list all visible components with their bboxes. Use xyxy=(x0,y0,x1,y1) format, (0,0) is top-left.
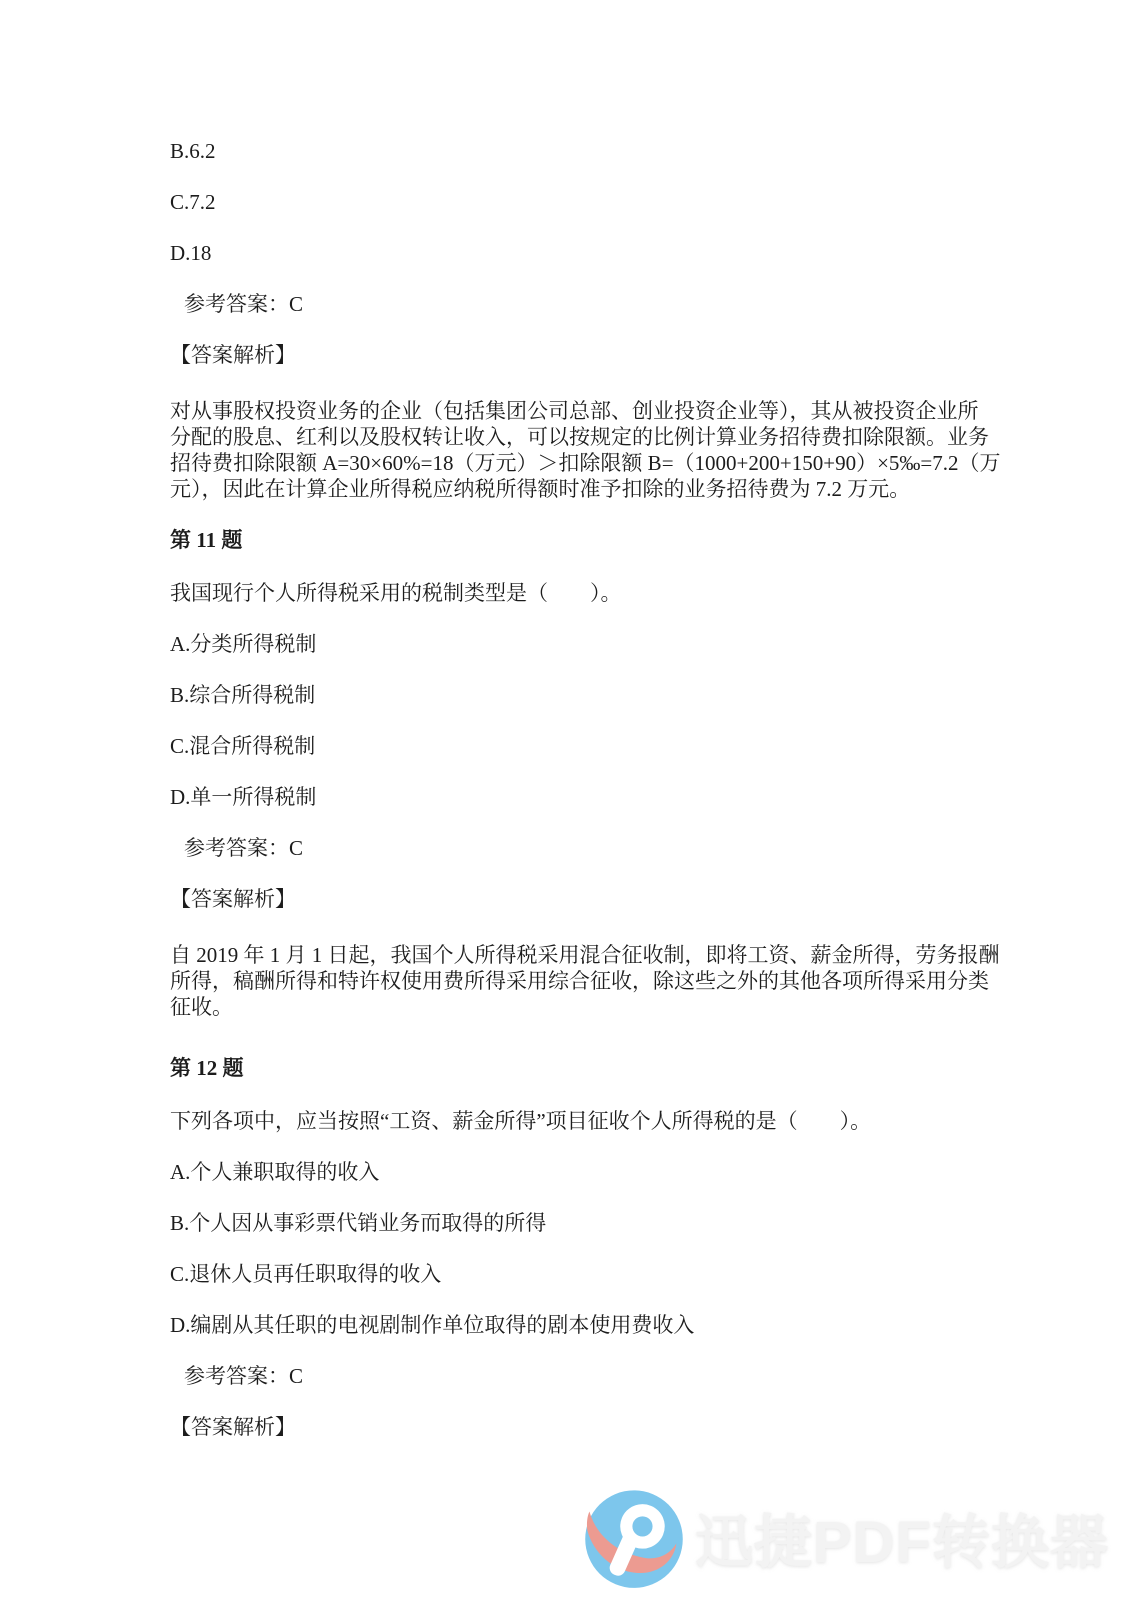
analysis-heading: 【答案解析】 xyxy=(170,886,965,912)
reference-answer: 参考答案：C xyxy=(170,291,965,317)
analysis-line: 自 2019 年 1 月 1 日起，我国个人所得税采用混合征收制，即将工资、薪金… xyxy=(170,942,965,968)
analysis-paragraph: 对从事股权投资业务的企业（包括集团公司总部、创业投资企业等），其从被投资企业所 … xyxy=(170,398,965,502)
analysis-heading: 【答案解析】 xyxy=(170,1414,965,1440)
analysis-line: 所得，稿酬所得和特许权使用费所得采用综合征收，除这些之外的其他各项所得采用分类 xyxy=(170,968,965,994)
option-item: C.退休人员再任职取得的收入 xyxy=(170,1261,965,1287)
analysis-line: 分配的股息、红利以及股权转让收入，可以按规定的比例计算业务招待费扣除限额。业务 xyxy=(170,424,965,450)
question-heading: 第 11 题 xyxy=(170,527,965,553)
option-item: B.综合所得税制 xyxy=(170,682,965,708)
reference-answer: 参考答案：C xyxy=(170,1363,965,1389)
analysis-line: 招待费扣除限额 A=30×60%=18（万元）＞扣除限额 B=（1000+200… xyxy=(170,450,965,476)
option-item: D.编剧从其任职的电视剧制作单位取得的剧本使用费收入 xyxy=(170,1312,965,1338)
reference-answer: 参考答案：C xyxy=(170,835,965,861)
analysis-line: 对从事股权投资业务的企业（包括集团公司总部、创业投资企业等），其从被投资企业所 xyxy=(170,398,965,424)
pdf-converter-logo-icon xyxy=(581,1484,687,1590)
analysis-line: 元），因此在计算企业所得税应纳税所得额时准予扣除的业务招待费为 7.2 万元。 xyxy=(170,476,965,502)
document-content: B.6.2 C.7.2 D.18 参考答案：C 【答案解析】 对从事股权投资业务… xyxy=(170,0,965,1470)
question-heading: 第 12 题 xyxy=(170,1055,965,1081)
analysis-line: 征收。 xyxy=(170,994,965,1020)
question-stem: 我国现行个人所得税采用的税制类型是（ ）。 xyxy=(170,580,965,606)
analysis-heading: 【答案解析】 xyxy=(170,342,965,368)
option-item: B.6.2 xyxy=(170,138,965,164)
option-item: C.7.2 xyxy=(170,189,965,215)
question-stem: 下列各项中，应当按照“工资、薪金所得”项目征收个人所得税的是（ ）。 xyxy=(170,1108,965,1134)
document-page: B.6.2 C.7.2 D.18 参考答案：C 【答案解析】 对从事股权投资业务… xyxy=(0,0,1131,1600)
analysis-paragraph: 自 2019 年 1 月 1 日起，我国个人所得税采用混合征收制，即将工资、薪金… xyxy=(170,942,965,1020)
option-item: D.单一所得税制 xyxy=(170,784,965,810)
watermark: 迅捷PDF转换器 xyxy=(581,1484,1109,1590)
option-item: A.个人兼职取得的收入 xyxy=(170,1159,965,1185)
option-item: A.分类所得税制 xyxy=(170,631,965,657)
option-item: C.混合所得税制 xyxy=(170,733,965,759)
option-item: D.18 xyxy=(170,240,965,266)
watermark-brand-text: 迅捷PDF转换器 xyxy=(695,1495,1109,1579)
option-item: B.个人因从事彩票代销业务而取得的所得 xyxy=(170,1210,965,1236)
